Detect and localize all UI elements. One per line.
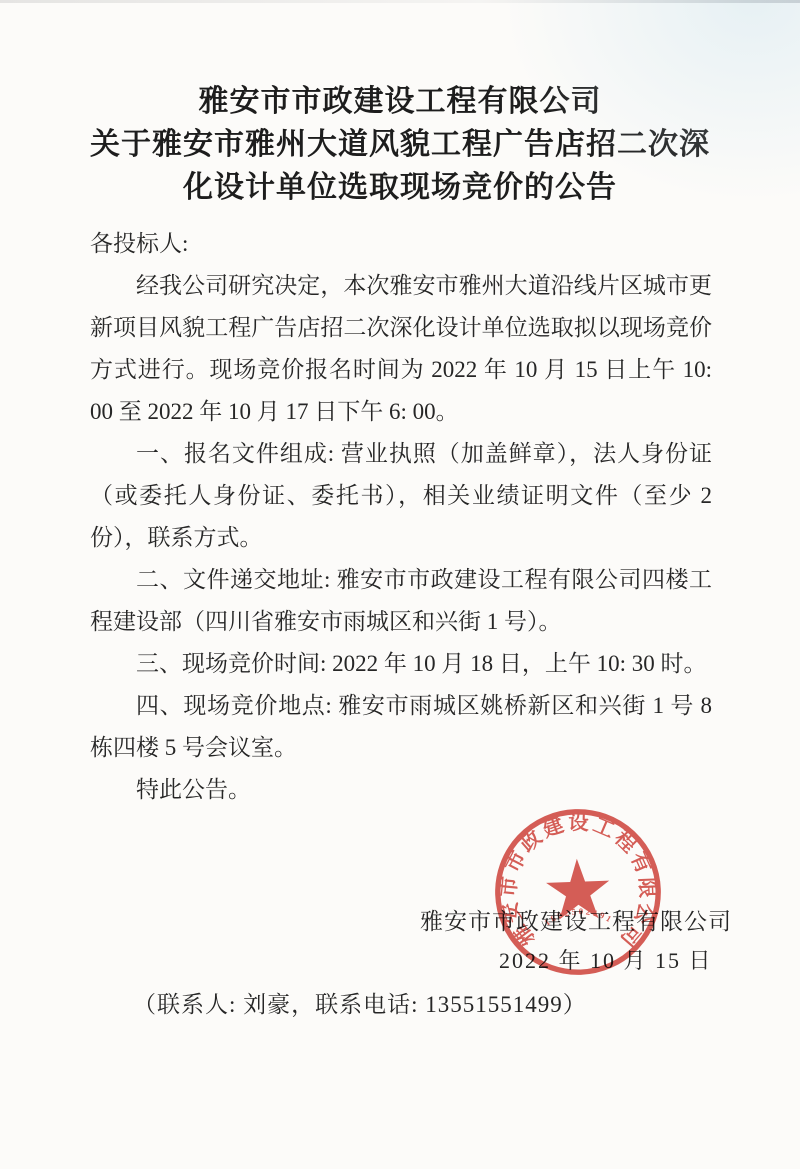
document-body: 各投标人: 经我公司研究决定，本次雅安市雅州大道沿线片区城市更新项目风貌工程广告… (90, 223, 712, 811)
contact-info: （联系人: 刘豪，联系电话: 13551551499） (133, 986, 587, 1019)
title-line-subject-1: 关于雅安市雅州大道风貌工程广告店招二次深 (0, 123, 800, 166)
paragraph-item-3: 三、现场竞价时间: 2022 年 10 月 18 日，上午 10: 30 时。 (90, 643, 712, 685)
paragraph-intro: 经我公司研究决定，本次雅安市雅州大道沿线片区城市更新项目风貌工程广告店招二次深化… (90, 265, 712, 433)
signature-date: 2022 年 10 月 15 日 (499, 944, 713, 975)
salutation: 各投标人: (90, 223, 712, 265)
scanned-announcement-page: 雅安市市政建设工程有限公司 关于雅安市雅州大道风貌工程广告店招二次深 化设计单位… (0, 0, 800, 1169)
paragraph-item-2: 二、文件递交地址: 雅安市市政建设工程有限公司四楼工程建设部（四川省雅安市雨城区… (90, 559, 712, 643)
closing-statement: 特此公告。 (90, 769, 712, 811)
paragraph-item-1: 一、报名文件组成: 营业执照（加盖鲜章），法人身份证（或委托人身份证、委托书），… (90, 433, 712, 559)
signature-company: 雅安市市政建设工程有限公司 (420, 903, 732, 936)
document-title: 雅安市市政建设工程有限公司 关于雅安市雅州大道风貌工程广告店招二次深 化设计单位… (0, 0, 800, 209)
paragraph-item-4: 四、现场竞价地点: 雅安市雨城区姚桥新区和兴街 1 号 8 栋四楼 5 号会议室… (90, 685, 712, 769)
title-line-company: 雅安市市政建设工程有限公司 (0, 80, 800, 123)
title-line-subject-2: 化设计单位选取现场竞价的公告 (0, 166, 800, 209)
